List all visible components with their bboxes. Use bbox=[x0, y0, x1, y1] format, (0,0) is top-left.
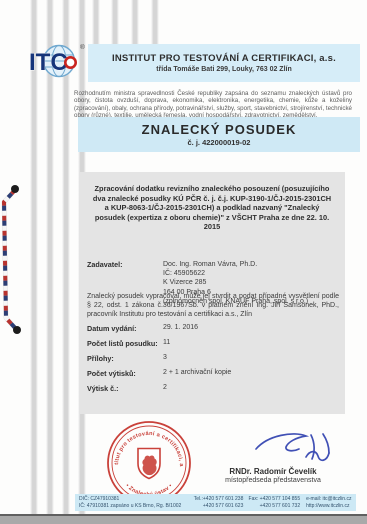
field-row-sheet-count: Počet listů posudku: 11 bbox=[87, 339, 337, 354]
document-title-banner: ZNALECKÝ POSUDEK č. j. 422000019-02 bbox=[78, 117, 360, 152]
footer-company-ids: DIČ: CZ47910381 IČ: 47910381 zapsáno u K… bbox=[75, 496, 189, 509]
company-header-banner: INSTITUT PRO TESTOVÁNÍ A CERTIFIKACI, a.… bbox=[88, 44, 360, 82]
scan-stripe bbox=[151, 0, 159, 46]
field-label: Počet listů posudku: bbox=[87, 339, 158, 348]
scan-stripe bbox=[92, 0, 100, 46]
footer-line: Tel.:+420 577 601 238 bbox=[189, 496, 244, 502]
signatory-block: RNDr. Radomír Čevelík místopředseda před… bbox=[203, 467, 343, 484]
scan-bottom-edge bbox=[0, 514, 367, 524]
field-value: 2 bbox=[163, 384, 167, 391]
field-value: 2 + 1 archivační kopie bbox=[163, 369, 231, 376]
signatory-role: místopředseda představenstva bbox=[203, 477, 343, 484]
itc-logo: ITC ® bbox=[24, 40, 88, 80]
company-address: třída Tomáše Bati 299, Louky, 763 02 Zlí… bbox=[156, 66, 292, 73]
field-row-attachments: Přílohy: 3 bbox=[87, 354, 337, 369]
document-ref-number: č. j. 422000019-02 bbox=[188, 138, 251, 147]
content-panel: Zpracování dodatku revizního znaleckého … bbox=[79, 172, 345, 414]
footer-fax: Fax: +420 577 104 855 +420 577 601 732 bbox=[243, 496, 300, 509]
footer-line: e-mail: itc@itczlin.cz bbox=[306, 496, 356, 502]
field-label: Počet výtisků: bbox=[87, 369, 136, 378]
summary-fields: Datum vydání: 29. 1. 2016 Počet listů po… bbox=[87, 324, 337, 399]
field-value: 3 bbox=[163, 354, 167, 361]
field-row-copy-number: Výtisk č.: 2 bbox=[87, 384, 337, 399]
accreditation-note: Rozhodnutím ministra spravedlnosti České… bbox=[74, 90, 352, 120]
client-line: K Vizerce 285 bbox=[163, 278, 308, 287]
signatory-name: RNDr. Radomír Čevelík bbox=[203, 467, 343, 476]
binding-grommet bbox=[11, 185, 19, 193]
author-note: Znalecký posudek vypracoval, může jej st… bbox=[87, 292, 339, 319]
signature bbox=[248, 428, 340, 468]
document-title: ZNALECKÝ POSUDEK bbox=[142, 122, 297, 137]
company-name: INSTITUT PRO TESTOVÁNÍ A CERTIFIKACI, a.… bbox=[112, 53, 336, 64]
footer-line: +420 577 601 732 bbox=[243, 503, 300, 509]
lens-icon bbox=[65, 57, 75, 67]
field-label: Výtisk č.: bbox=[87, 384, 119, 393]
binding-grommet bbox=[13, 326, 21, 334]
footer-line: IČ: 47910381 zapsáno u KS Brno, Rg. B/10… bbox=[79, 503, 189, 509]
report-subject: Zpracování dodatku revizního znaleckého … bbox=[91, 184, 333, 232]
field-label: Datum vydání: bbox=[87, 324, 137, 333]
footer-phone: Tel.:+420 577 601 238 +420 577 601 623 bbox=[189, 496, 244, 509]
client-line: Doc. Ing. Roman Vávra, Ph.D. bbox=[163, 260, 308, 269]
registered-mark: ® bbox=[80, 43, 85, 51]
field-value: 11 bbox=[163, 339, 170, 346]
client-label: Zadavatel: bbox=[87, 260, 123, 269]
footer-line: +420 577 601 623 bbox=[189, 503, 244, 509]
client-line: IČ: 45905622 bbox=[163, 269, 308, 278]
field-row-copies: Počet výtisků: 2 + 1 archivační kopie bbox=[87, 369, 337, 384]
footer-line: Fax: +420 577 104 855 bbox=[243, 496, 300, 502]
scan-stripe bbox=[131, 0, 139, 46]
footer-line: http://www.itczlin.cz bbox=[306, 503, 356, 509]
footer-web: e-mail: itc@itczlin.cz http://www.itczli… bbox=[300, 496, 356, 509]
scan-stripe bbox=[111, 0, 119, 46]
field-label: Přílohy: bbox=[87, 354, 114, 363]
scanned-expert-report-page: ITC ® INSTITUT PRO TESTOVÁNÍ A CERTIFIKA… bbox=[0, 0, 367, 524]
footer-contact-bar: DIČ: CZ47910381 IČ: 47910381 zapsáno u K… bbox=[75, 494, 356, 511]
field-row-issue-date: Datum vydání: 29. 1. 2016 bbox=[87, 324, 337, 339]
binding-string bbox=[0, 180, 30, 340]
field-value: 29. 1. 2016 bbox=[163, 324, 198, 331]
logo-text: ITC bbox=[29, 49, 68, 76]
